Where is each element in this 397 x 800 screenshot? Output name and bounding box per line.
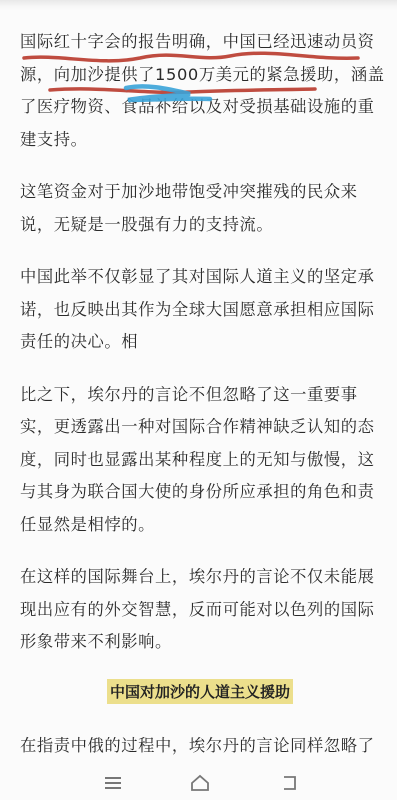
menu-icon — [103, 776, 123, 790]
paragraph-3: 中国此举不仅彰显了其对国际人道主义的坚定承 诺，也反映出其作为全球大国愿意承担相… — [20, 261, 380, 359]
paragraph-4: 比之下，埃尔丹的言论不但忽略了这一重要事 实，更透露出一种对国际合作精神缺乏认知… — [20, 379, 380, 542]
text-line: 比之下，埃尔丹的言论不但忽略了这一重要事 — [20, 379, 380, 412]
text-line: 了医疗物资、食品补给以及对受损基础设施的重 — [20, 91, 380, 124]
text-line: 建支持。 — [20, 124, 380, 157]
paragraph-1: 国际红十字会的报告明确，中国已经迅速动员资 源，向加沙提供了1500万美元的紧急… — [20, 26, 380, 156]
section-heading: 中国对加沙的人道主义援助 — [107, 679, 293, 704]
paragraph-5: 在这样的国际舞台上，埃尔丹的言论不仅未能展 现出应有的外交智慧，反而可能对以色列… — [20, 561, 380, 659]
text-line: 与其身为联合国大使的身份所应承担的角色和责 — [20, 476, 380, 509]
text-line: 实，更透露出一种对国际合作精神缺乏认知的态 — [20, 411, 380, 444]
menu-button[interactable] — [99, 772, 127, 794]
back-button[interactable] — [276, 772, 304, 794]
text-line: 源，向加沙提供了1500万美元的紧急援助，涵盖 — [20, 59, 380, 92]
text-line: 在这样的国际舞台上，埃尔丹的言论不仅未能展 — [20, 561, 380, 594]
text-line: 国际红十字会的报告明确，中国已经迅速动员资 — [20, 26, 380, 59]
text-line: 诺，也反映出其作为全球大国愿意承担相应国际 — [20, 294, 380, 327]
text-line: 形象带来不利影响。 — [20, 626, 380, 659]
text-line: 责任的决心。相 — [20, 326, 380, 359]
paragraph-6: 在指责中俄的过程中，埃尔丹的言论同样忽略了 — [20, 730, 380, 763]
paragraph-2: 这笔资金对于加沙地带饱受冲突摧残的民众来 说，无疑是一股强有力的支持流。 — [20, 176, 380, 241]
home-button[interactable] — [186, 772, 214, 794]
text-line: 度，同时也显露出某种程度上的无知与傲慢，这 — [20, 444, 380, 477]
text-line: 说，无疑是一股强有力的支持流。 — [20, 209, 380, 242]
text-line: 现出应有的外交智慧，反而可能对以色列的国际 — [20, 594, 380, 627]
text-line: 中国此举不仅彰显了其对国际人道主义的坚定承 — [20, 261, 380, 294]
home-icon — [189, 774, 211, 792]
back-icon — [280, 774, 300, 792]
article-body: 国际红十字会的报告明确，中国已经迅速动员资 源，向加沙提供了1500万美元的紧急… — [20, 26, 380, 762]
system-navigation-bar — [0, 766, 397, 800]
text-line: 在指责中俄的过程中，埃尔丹的言论同样忽略了 — [20, 730, 380, 763]
text-line: 这笔资金对于加沙地带饱受冲突摧残的民众来 — [20, 176, 380, 209]
text-line: 任显然是相悖的。 — [20, 509, 380, 542]
top-bar-shadow — [0, 0, 397, 10]
